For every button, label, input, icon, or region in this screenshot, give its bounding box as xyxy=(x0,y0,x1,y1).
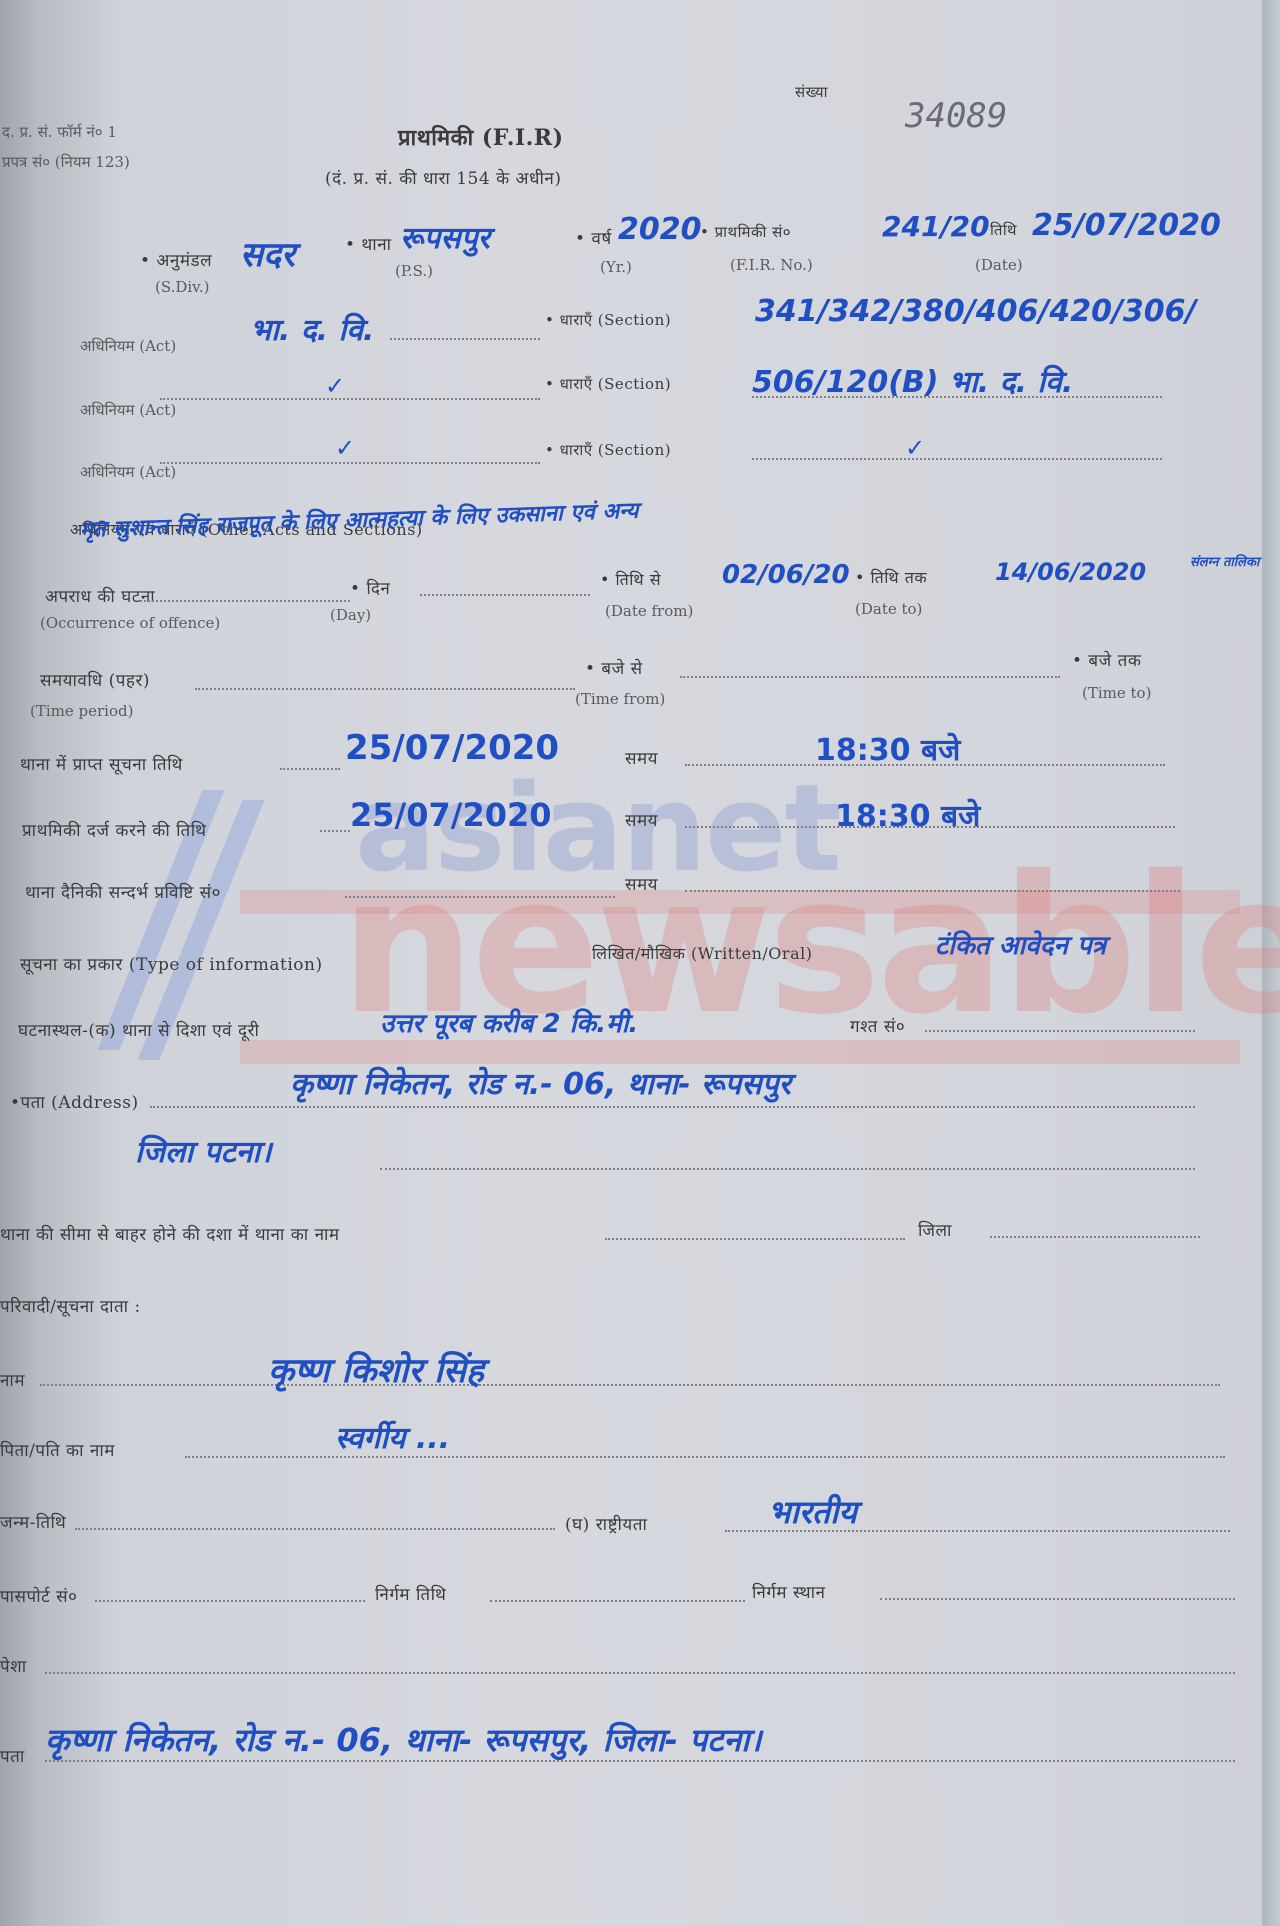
section-label: • धाराएँ (Section) xyxy=(545,374,671,394)
direction-value: उत्तर पूरब करीब 2 कि.मी. xyxy=(380,1004,638,1040)
fir-registered-time: 18:30 बजे xyxy=(835,794,980,835)
info-type-value: टंकित आवेदन पत्र xyxy=(935,926,1106,962)
fir-number-label: • प्राथमिकी सं० xyxy=(700,222,791,242)
time-period-label: समयावधि (पहर) xyxy=(40,668,150,691)
outside-district-label: जिला xyxy=(918,1218,952,1241)
watermark-bar xyxy=(240,1040,1240,1064)
passport-label: पासपोर्ट सं० xyxy=(0,1584,77,1607)
act-label: अधिनियम (Act) xyxy=(80,336,176,356)
section-value: 341/342/380/406/420/306/ xyxy=(755,294,1196,329)
act-label: अधिनियम (Act) xyxy=(80,400,176,420)
info-received-date: 25/07/2020 xyxy=(345,728,559,768)
date-to-sub: (Date to) xyxy=(855,600,922,618)
issue-place-label: निर्गम स्थान xyxy=(752,1580,825,1603)
ps-label: • थाना xyxy=(345,232,392,255)
address-line1: कृष्णा निकेतन, रोड न.- 06, थाना- रूपसपुर xyxy=(290,1062,791,1103)
section-value: 506/120(B) भा. द. वि. xyxy=(752,360,1073,401)
serial-number: 34089 xyxy=(905,96,1007,136)
subdivision-label: • अनुमंडल xyxy=(140,248,212,271)
fir-registered-time-label: समय xyxy=(625,808,658,831)
fir-date-label: तिथि xyxy=(990,220,1017,240)
complainant-address-label: पता xyxy=(0,1744,25,1767)
occurrence-sub: (Occurrence of offence) xyxy=(40,614,220,632)
address-label: •पता (Address) xyxy=(10,1090,139,1113)
nationality-value: भारतीय xyxy=(768,1490,857,1533)
fir-number-value: 241/20 xyxy=(882,210,990,243)
beat-label: गश्त सं० xyxy=(850,1014,905,1037)
fir-registered-label: प्राथमिकी दर्ज करने की तिथि xyxy=(22,818,207,841)
date-to-note: संलग्न तालिका xyxy=(1190,556,1260,570)
outside-ps-label: थाना की सीमा से बाहर होने की दशा में थान… xyxy=(0,1222,340,1245)
time-to-sub: (Time to) xyxy=(1082,684,1151,702)
year-label: • वर्ष xyxy=(575,226,612,249)
father-name-label: पिता/पति का नाम xyxy=(0,1438,115,1461)
time-from-sub: (Time from) xyxy=(575,690,665,708)
occurrence-label: अपराध की घटना xyxy=(45,584,155,607)
address-line2: जिला पटना। xyxy=(135,1130,272,1171)
diary-entry-label: थाना दैनिकी सन्दर्भ प्रविष्टि सं० xyxy=(25,880,221,903)
time-period-sub: (Time period) xyxy=(30,702,133,720)
nationality-label: (घ) राष्ट्रीयता xyxy=(565,1512,647,1535)
dob-label: जन्म-तिथि xyxy=(0,1510,66,1533)
section-label: • धाराएँ (Section) xyxy=(545,310,671,330)
act-value: ✓ xyxy=(335,434,355,462)
form-title: प्राथमिकी (F.I.R) xyxy=(398,122,564,152)
year-sub: (Yr.) xyxy=(600,258,632,276)
subdivision-value: सदर xyxy=(240,230,295,276)
date-from-sub: (Date from) xyxy=(605,602,693,620)
watermark-bar xyxy=(240,890,1240,914)
father-name-value: स्वर्गीय ... xyxy=(335,1416,450,1457)
year-value: 2020 xyxy=(618,212,702,247)
subdivision-sub: (S.Div.) xyxy=(155,278,210,296)
written-oral-label: लिखित/मौखिक (Written/Oral) xyxy=(592,942,812,964)
info-received-time: 18:30 बजे xyxy=(815,728,960,769)
act-label: अधिनियम (Act) xyxy=(80,462,176,482)
fir-registered-date: 25/07/2020 xyxy=(350,796,552,834)
form-subtitle: (दं. प्र. सं. की धारा 154 के अधीन) xyxy=(325,166,561,189)
serial-label: संख्या xyxy=(795,82,828,102)
diary-entry-time-label: समय xyxy=(625,872,658,895)
ps-sub: (P.S.) xyxy=(395,262,433,280)
fir-date-sub: (Date) xyxy=(975,256,1023,274)
date-from-label: • तिथि से xyxy=(600,568,661,590)
fir-number-sub: (F.I.R. No.) xyxy=(730,256,813,274)
time-to-label: • बजे तक xyxy=(1072,648,1141,671)
day-label: • दिन xyxy=(350,576,390,599)
act-value: ✓ xyxy=(325,372,345,400)
info-received-label: थाना में प्राप्त सूचना तिथि xyxy=(20,752,183,775)
form-code-line2: प्रपत्र सं० (नियम 123) xyxy=(2,152,130,172)
complainant-address-value: कृष्णा निकेतन, रोड न.- 06, थाना- रूपसपुर… xyxy=(45,1718,762,1761)
ps-value: रूपसपुर xyxy=(400,216,490,257)
form-code-line1: द. प्र. सं. फॉर्म नं० 1 xyxy=(2,122,117,142)
time-from-label: • बजे से xyxy=(585,656,643,679)
day-sub: (Day) xyxy=(330,606,371,624)
issue-date-label: निर्गम तिथि xyxy=(375,1582,446,1605)
info-type-label: सूचना का प्रकार (Type of information) xyxy=(20,952,323,975)
date-to-label: • तिथि तक xyxy=(855,566,927,588)
page-edge xyxy=(1262,0,1280,1926)
act-value: भा. द. वि. xyxy=(250,308,374,349)
section-label: • धाराएँ (Section) xyxy=(545,440,671,460)
occupation-label: पेशा xyxy=(0,1654,27,1677)
info-received-time-label: समय xyxy=(625,746,658,769)
date-to-value: 14/06/2020 xyxy=(995,558,1146,586)
direction-label: घटनास्थल-(क) थाना से दिशा एवं दूरी xyxy=(18,1018,259,1041)
complainant-name-label: नाम xyxy=(0,1368,25,1391)
fir-date-value: 25/07/2020 xyxy=(1032,208,1221,243)
complainant-heading: परिवादी/सूचना दाता : xyxy=(0,1294,141,1317)
complainant-name-value: कृष्ण किशोर सिंह xyxy=(268,1346,484,1392)
date-from-value: 02/06/20 xyxy=(722,560,850,590)
